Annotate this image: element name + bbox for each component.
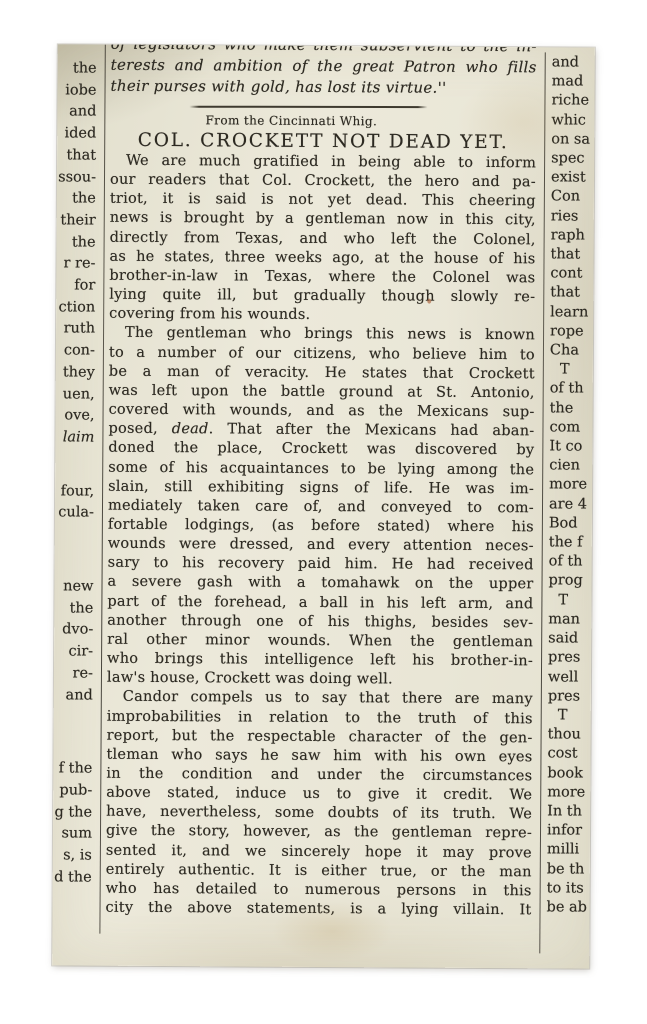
article-kicker: From the Cincinnati Whig. bbox=[78, 111, 504, 130]
quote-line: their purses with gold, has lost its vir… bbox=[110, 76, 536, 100]
fragment-line: milli bbox=[547, 841, 590, 860]
scan-viewport: { "colors": { "paper": "#e9e6d6", "ink":… bbox=[0, 0, 647, 1024]
text-line: We are much gratified in being able to i… bbox=[110, 152, 536, 174]
text-line: city the above statements, is a lying vi… bbox=[105, 899, 531, 921]
fragment-line: T bbox=[548, 591, 591, 610]
text-line: brother-in-law in Texas, where the Colon… bbox=[109, 267, 535, 289]
text-line: covering from his wounds. bbox=[109, 305, 535, 327]
text-line: ral other minor wounds. When the gentlem… bbox=[107, 631, 533, 653]
fragment-line: f the bbox=[53, 759, 92, 781]
fragment-line: said bbox=[548, 629, 591, 648]
text-line: sary to his recovery paid him. He had re… bbox=[108, 554, 534, 576]
fragment-line: thou bbox=[548, 725, 591, 744]
fragment-line: be th bbox=[547, 860, 590, 879]
fragment-line: whic bbox=[551, 111, 594, 130]
fragment-line: prog bbox=[548, 572, 591, 591]
fragment-line: mad bbox=[552, 73, 595, 92]
text-line: sented it, and we sincerely hope it may … bbox=[106, 841, 532, 863]
fragment-line: learn bbox=[550, 303, 593, 322]
fragment-line: d the bbox=[53, 867, 92, 889]
text-line: tleman who says he saw him with his own … bbox=[106, 746, 532, 768]
section-divider bbox=[189, 106, 427, 108]
text-line: our readers that Col. Crockett, the hero… bbox=[110, 171, 536, 193]
fragment-line: that bbox=[550, 245, 593, 264]
text-line: news is brought by a gentleman now in th… bbox=[110, 209, 536, 231]
fragment-line: exist bbox=[551, 169, 594, 188]
text-line: who brings this intelligence left his br… bbox=[107, 650, 533, 672]
fragment-line: Con bbox=[551, 188, 594, 207]
fragment-line: more bbox=[549, 476, 592, 495]
fragment-line: cula- bbox=[55, 503, 94, 525]
fragment-line: pub- bbox=[53, 780, 92, 802]
text-line: entirely authentic. It is either true, o… bbox=[106, 860, 532, 882]
fragment-line: cont bbox=[550, 265, 593, 284]
text-line: slain, still exhibiting signs of life. H… bbox=[108, 477, 534, 499]
fragment-line: r re- bbox=[56, 254, 95, 276]
fragment-line: of th bbox=[549, 553, 592, 572]
fragment-line: rope bbox=[550, 322, 593, 341]
fragment-line: Cha bbox=[550, 341, 593, 360]
fragment-line: In th bbox=[547, 802, 590, 821]
fragment-line: T bbox=[548, 706, 591, 725]
fragment-line: re- bbox=[54, 663, 93, 685]
fragment-line: pres bbox=[548, 649, 591, 668]
fragment-line: laim bbox=[55, 427, 94, 449]
article-body: We are much gratified in being able to i… bbox=[105, 152, 536, 921]
fragment-line: T bbox=[550, 361, 593, 380]
fragment-line: uen, bbox=[56, 384, 95, 406]
text-line: wounds were dressed, and every attention… bbox=[108, 535, 534, 557]
fragment-line: raph bbox=[551, 226, 594, 245]
text-line: doned the place, Crockett was discovered… bbox=[108, 439, 534, 461]
left-column-fragments: theiobeandidedthatssou-thetheirther re-f… bbox=[52, 44, 105, 965]
text-line: mediately taken care of, and conveyed to… bbox=[108, 496, 534, 518]
fragment-line: four, bbox=[55, 481, 94, 503]
text-line: in the condition and under the circumsta… bbox=[106, 765, 532, 787]
text-line: have, nevertheless, some doubts of its t… bbox=[106, 803, 532, 825]
fragment-line: the bbox=[57, 189, 96, 211]
text-line: law's house, Crockett was doing well. bbox=[107, 669, 533, 691]
article-headline: COL. CROCKETT NOT DEAD YET. bbox=[110, 130, 536, 155]
fragment-line: book bbox=[547, 764, 590, 783]
text-line: part of the forehead, a ball in his left… bbox=[107, 592, 533, 614]
fragment-line: that bbox=[550, 284, 593, 303]
text-line: to a number of our citizens, who believe… bbox=[109, 343, 535, 365]
fragment-line: riche bbox=[551, 92, 594, 111]
text-line: improbabilities in relation to the truth… bbox=[107, 707, 533, 729]
fragment-line: man bbox=[548, 610, 591, 629]
fragment-line: infor bbox=[547, 821, 590, 840]
text-line: who has detailed to numerous persons in … bbox=[106, 880, 532, 902]
fragment-line: s, is bbox=[53, 845, 92, 867]
fragment-line: on sa bbox=[551, 130, 594, 149]
newspaper-page: theiobeandidedthatssou-thetheirther re-f… bbox=[52, 44, 595, 968]
text-line: covered with wounds, and as the Mexicans… bbox=[109, 401, 535, 423]
fragment-line: the f bbox=[549, 533, 592, 552]
column-gap bbox=[53, 707, 92, 759]
fragment-line: and bbox=[54, 685, 93, 707]
fragment-line: that bbox=[57, 145, 96, 167]
main-column: of legislators who make them subservient… bbox=[100, 45, 543, 921]
fragment-line: dvo- bbox=[54, 620, 93, 642]
fragment-line: be ab bbox=[546, 898, 589, 917]
column-gap bbox=[55, 449, 94, 481]
fragment-line: pres bbox=[548, 687, 591, 706]
fragment-line: cir- bbox=[54, 642, 93, 664]
text-line: The gentleman who brings this news is kn… bbox=[109, 324, 535, 346]
fragment-line: the bbox=[58, 58, 97, 80]
fragment-line: g the bbox=[53, 802, 92, 824]
fragment-line: Bod bbox=[549, 514, 592, 533]
text-line: lying quite ill, but gradually though sl… bbox=[109, 286, 535, 308]
fragment-line: of th bbox=[550, 380, 593, 399]
quote-block: of legislators who make them subservient… bbox=[110, 44, 536, 99]
fragment-line: the bbox=[57, 232, 96, 254]
text-line: above stated, induce us to give it credi… bbox=[106, 784, 532, 806]
fragment-line: spec bbox=[551, 149, 594, 168]
text-line: as he states, three weeks ago, at the ho… bbox=[109, 247, 535, 269]
fragment-line: ssou- bbox=[57, 167, 96, 189]
fragment-line: new bbox=[54, 576, 93, 598]
fragment-line: more bbox=[547, 783, 590, 802]
text-line: another through one of his thighs, besid… bbox=[107, 611, 533, 633]
text-line: directly from Texas, and who left the Co… bbox=[110, 228, 536, 250]
fragment-line: con- bbox=[56, 341, 95, 363]
fragment-line: they bbox=[56, 362, 95, 384]
fragment-line: the bbox=[550, 399, 593, 418]
fragment-line: ruth bbox=[56, 319, 95, 341]
text-line: some of his acquaintances to be lying am… bbox=[108, 458, 534, 480]
fragment-line: are 4 bbox=[549, 495, 592, 514]
text-line: give the story, however, as the gentlema… bbox=[106, 822, 532, 844]
fragment-line: iobe bbox=[57, 80, 96, 102]
fragment-line: well bbox=[548, 668, 591, 687]
column-gap bbox=[55, 524, 94, 576]
text-line: a severe gash with a tomahawk on the upp… bbox=[107, 573, 533, 595]
text-line: report, but the respectable character of… bbox=[107, 726, 533, 748]
fragment-line: cien bbox=[549, 457, 592, 476]
quote-line: terests and ambition of the great Patron… bbox=[111, 55, 537, 79]
fragment-line: It co bbox=[549, 437, 592, 456]
fragment-line: ction bbox=[56, 297, 95, 319]
text-line: posed, dead. That after the Mexicans had… bbox=[108, 420, 534, 442]
fragment-line: ries bbox=[551, 207, 594, 226]
text-line: fortable lodgings, (as before stated) wh… bbox=[108, 516, 534, 538]
fragment-line: cost bbox=[547, 745, 590, 764]
text-line: Candor compels us to say that there are … bbox=[107, 688, 533, 710]
fragment-line: sum bbox=[53, 824, 92, 846]
fragment-line: for bbox=[56, 275, 95, 297]
fragment-line: ove, bbox=[55, 406, 94, 428]
text-line: be a man of veracity. He states that Cro… bbox=[109, 362, 535, 384]
fragment-line: to its bbox=[547, 879, 590, 898]
fragment-line: and bbox=[552, 53, 595, 72]
text-line: was left upon the battle ground at St. A… bbox=[109, 382, 535, 404]
text-line: triot, it is said is not yet dead. This … bbox=[110, 190, 536, 212]
fragment-line: their bbox=[57, 210, 96, 232]
right-column-fragments: andmadrichewhicon saspecexistConriesraph… bbox=[540, 47, 595, 968]
fragment-line: com bbox=[549, 418, 592, 437]
fragment-line: the bbox=[54, 598, 93, 620]
